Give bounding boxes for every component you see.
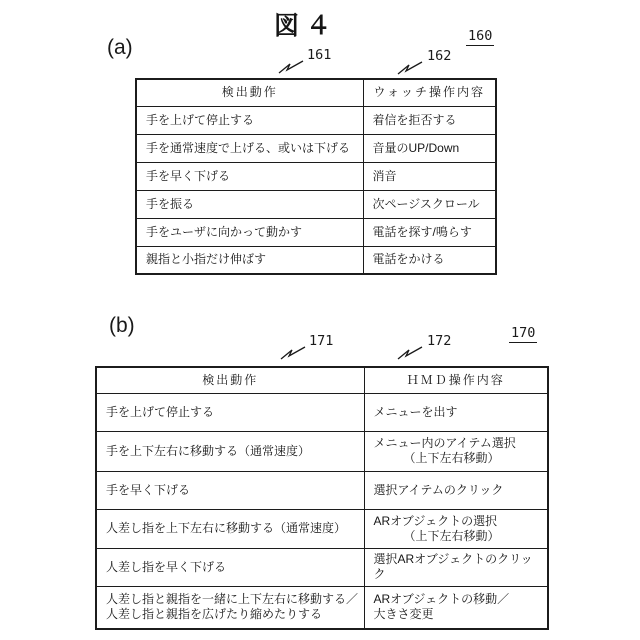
table-row: 親指と小指だけ伸ばす 電話をかける [136,246,496,274]
motion-cell: 手を通常速度で上げる、或いは下げる [136,134,363,162]
operation-cell: 選択アイテムのクリック [364,471,548,509]
table-header-row: 検出動作 ＨＭＤ操作内容 [96,367,548,393]
subfigure-b-label: (b) [109,314,135,338]
motion-cell: 手を上下左右に移動する（通常速度） [96,431,364,471]
motion-cell: 手を上げて停止する [96,393,364,431]
watch-gesture-table: 検出動作 ウォッチ操作内容 手を上げて停止する 着信を拒否する 手を通常速度で上… [135,78,497,275]
column-header-hmd-operation: ＨＭＤ操作内容 [364,367,548,393]
leader-squiggle-icon [280,346,308,361]
subfigure-a-label: (a) [107,36,133,60]
table-row: 人差し指を早く下げる 選択ARオブジェクトのクリック [96,548,548,586]
motion-cell: 手を振る [136,190,363,218]
operation-cell: 着信を拒否する [363,106,496,134]
figure-title: 図４ [274,6,338,42]
table-row: 人差し指を上下左右に移動する（通常速度） ARオブジェクトの選択 （上下左右移動… [96,509,548,548]
table-row: 人差し指と親指を一緒に上下左右に移動する／ 人差し指と親指を広げたり縮めたりする… [96,586,548,629]
table-header-row: 検出動作 ウォッチ操作内容 [136,79,496,106]
motion-cell: 手をユーザに向かって動かす [136,218,363,246]
operation-cell: ARオブジェクトの選択 （上下左右移動） [364,509,548,548]
operation-cell: 電話をかける [363,246,496,274]
motion-cell: 手を上げて停止する [136,106,363,134]
operation-cell: メニュー内のアイテム選択 （上下左右移動） [364,431,548,471]
table-row: 手を上下左右に移動する（通常速度） メニュー内のアイテム選択 （上下左右移動） [96,431,548,471]
hmd-gesture-table: 検出動作 ＨＭＤ操作内容 手を上げて停止する メニューを出す 手を上下左右に移動… [95,366,549,630]
column-header-watch-operation: ウォッチ操作内容 [363,79,496,106]
operation-cell: 選択ARオブジェクトのクリック [364,548,548,586]
table-row: 手を上げて停止する メニューを出す [96,393,548,431]
operation-cell: 消音 [363,162,496,190]
motion-cell: 手を早く下げる [96,471,364,509]
ref-number-171: 171 [309,333,333,349]
leader-squiggle-icon [397,346,425,361]
table-row: 手を振る 次ページスクロール [136,190,496,218]
patent-figure-page: 図４ (a) 160 161 162 検出動作 ウォッチ操作内容 手を上げて停止… [0,0,640,640]
motion-cell: 親指と小指だけ伸ばす [136,246,363,274]
table-row: 手を上げて停止する 着信を拒否する [136,106,496,134]
motion-cell: 手を早く下げる [136,162,363,190]
ref-number-162: 162 [427,48,451,64]
operation-cell: ARオブジェクトの移動／ 大きさ変更 [364,586,548,629]
motion-cell: 人差し指を上下左右に移動する（通常速度） [96,509,364,548]
table-row: 手を通常速度で上げる、或いは下げる 音量のUP/Down [136,134,496,162]
leader-squiggle-icon [397,61,425,76]
motion-cell: 人差し指と親指を一緒に上下左右に移動する／ 人差し指と親指を広げたり縮めたりする [96,586,364,629]
leader-squiggle-icon [278,60,306,75]
ref-number-170: 170 [509,325,537,343]
operation-cell: 次ページスクロール [363,190,496,218]
ref-number-161: 161 [307,47,331,63]
operation-cell: メニューを出す [364,393,548,431]
ref-number-160: 160 [466,28,494,46]
operation-cell: 電話を探す/鳴らす [363,218,496,246]
table-row: 手を早く下げる 選択アイテムのクリック [96,471,548,509]
table-row: 手を早く下げる 消音 [136,162,496,190]
ref-number-172: 172 [427,333,451,349]
table-row: 手をユーザに向かって動かす 電話を探す/鳴らす [136,218,496,246]
operation-cell: 音量のUP/Down [363,134,496,162]
column-header-detected-motion: 検出動作 [136,79,363,106]
motion-cell: 人差し指を早く下げる [96,548,364,586]
column-header-detected-motion: 検出動作 [96,367,364,393]
